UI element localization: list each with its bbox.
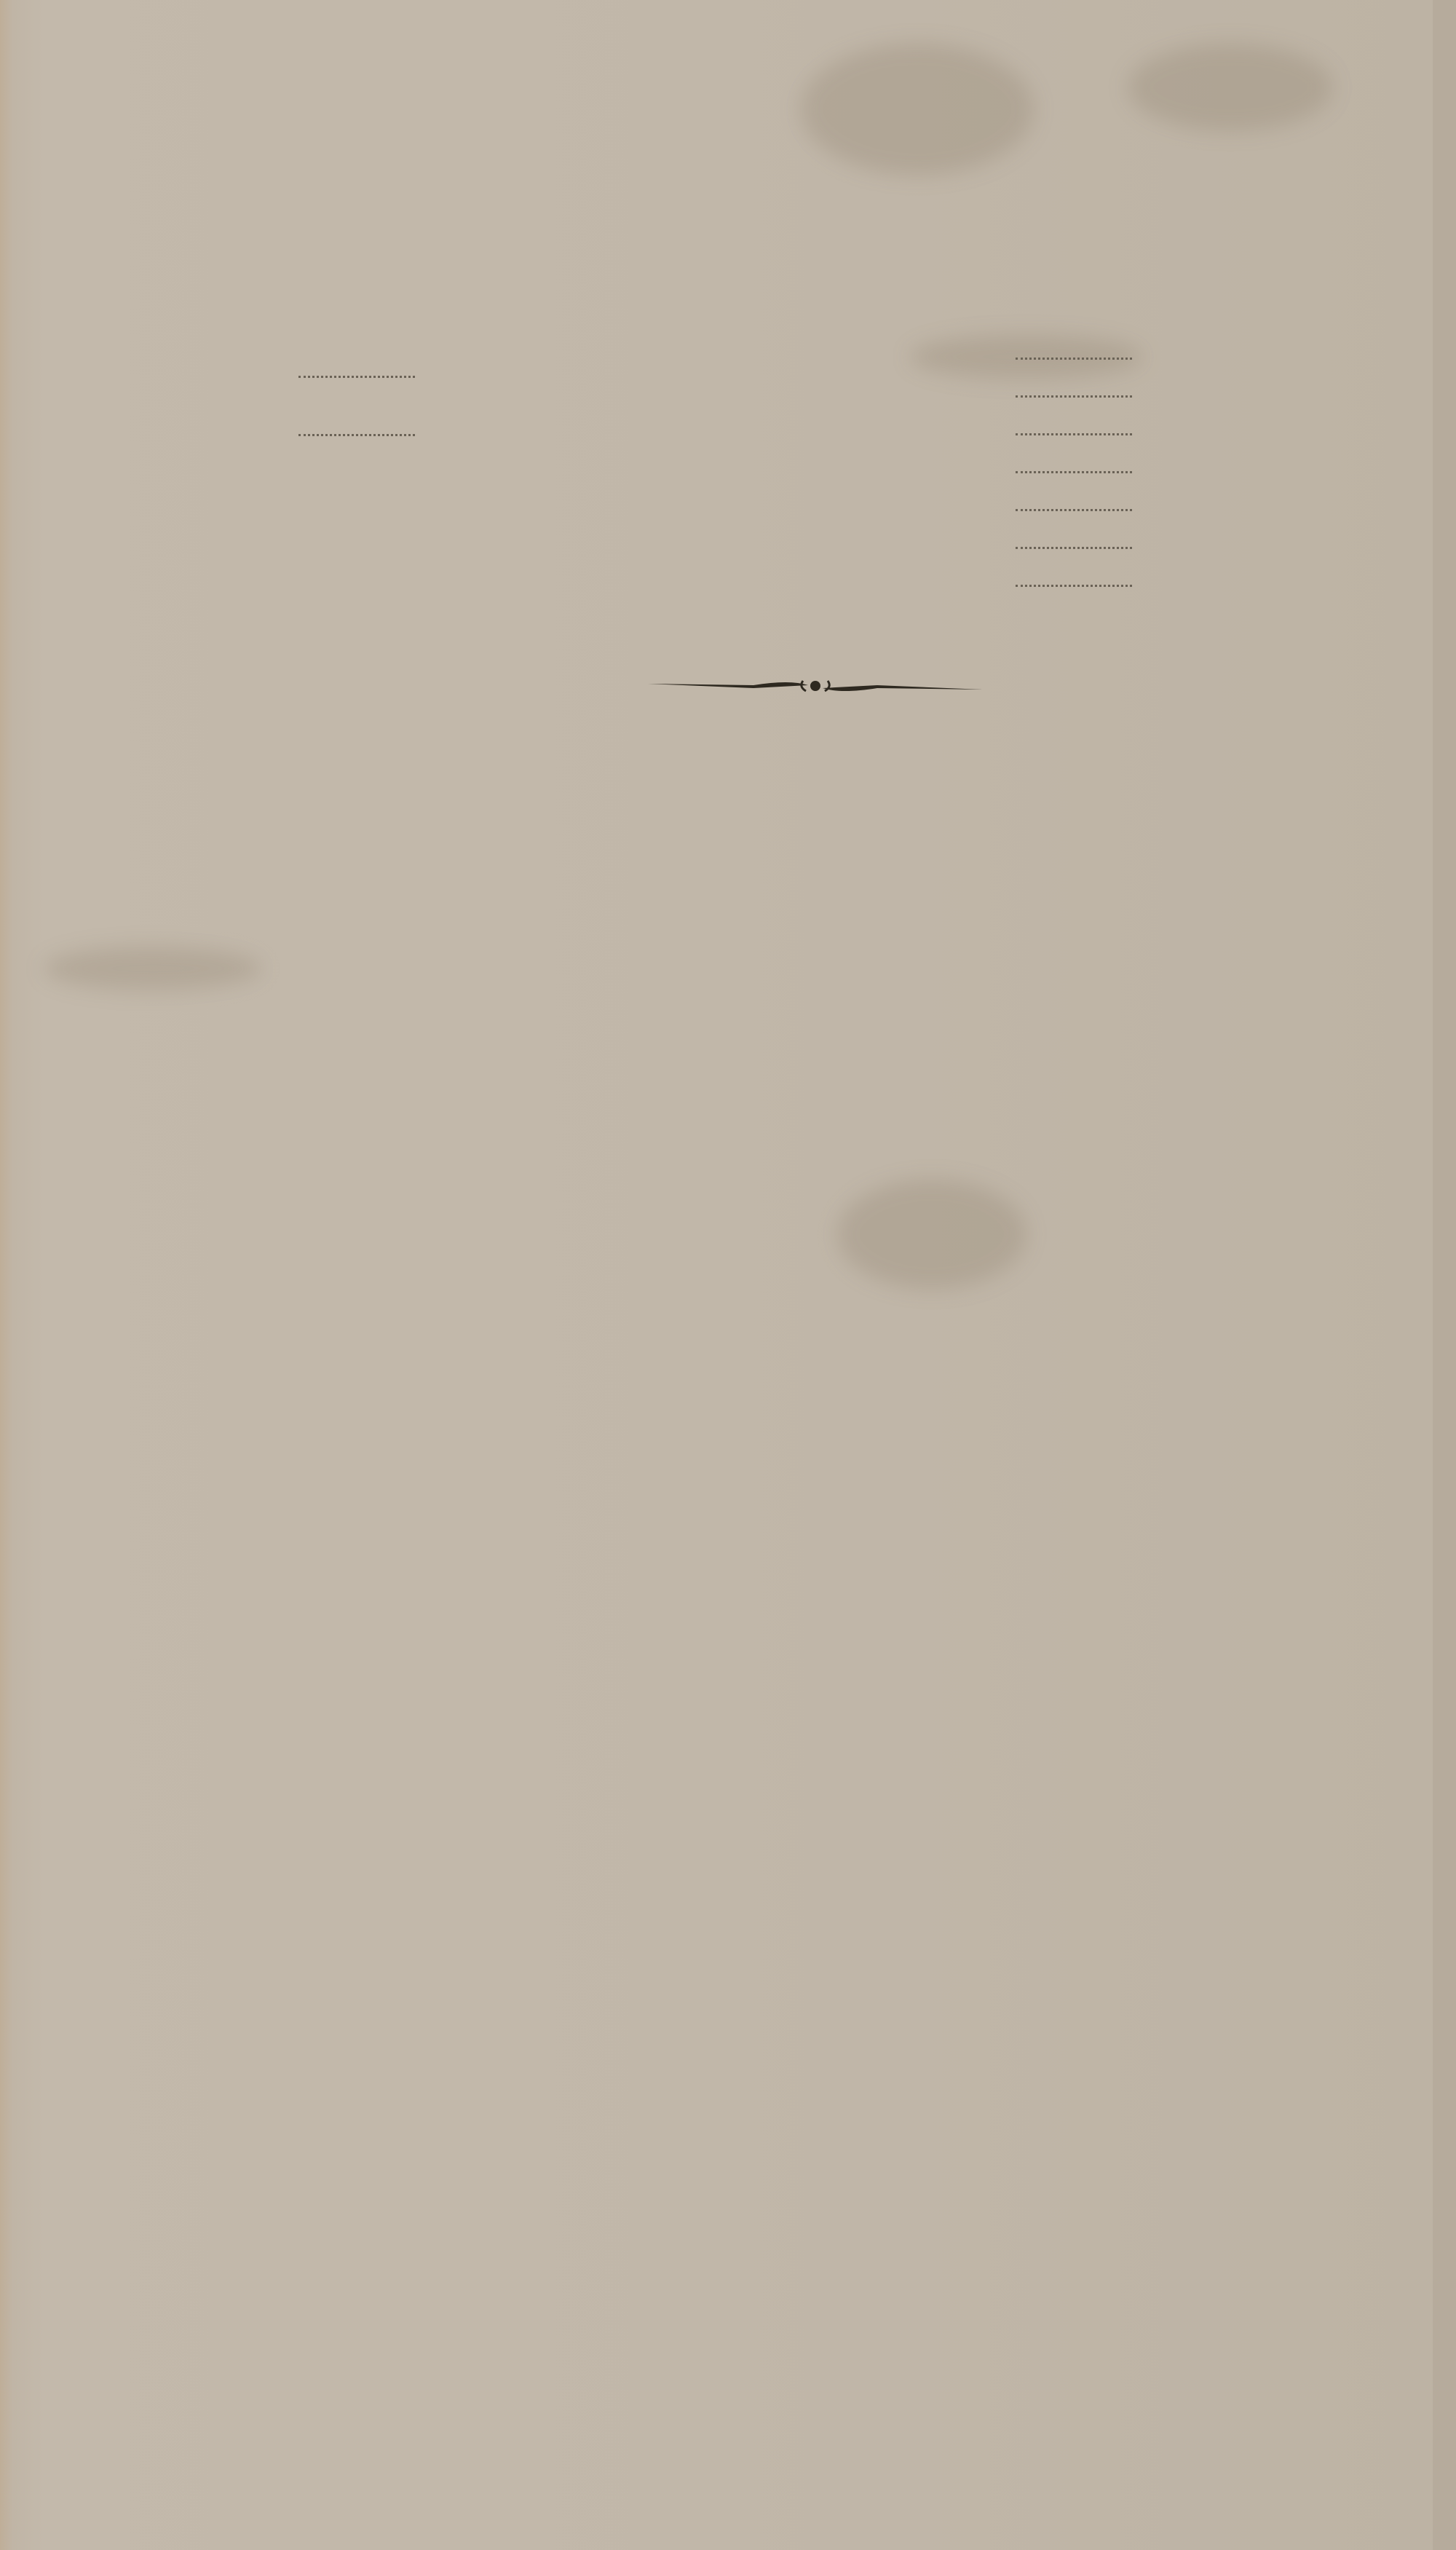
fill-in-field-apprentices[interactable] <box>298 434 415 436</box>
livestock-row-young-cattle <box>1016 456 1135 484</box>
ink-smudge <box>801 44 1034 175</box>
document-page <box>0 0 1433 2550</box>
livestock-row-pigs <box>1016 532 1135 560</box>
fill-in-field-sheep[interactable] <box>1016 509 1132 511</box>
fill-in-field-dogs[interactable] <box>1016 585 1132 587</box>
livestock-row-oxen <box>1016 380 1135 408</box>
fill-in-field-cows[interactable] <box>1016 433 1132 435</box>
ink-smudge <box>837 1180 1026 1289</box>
employment-row-apprentices <box>298 419 418 447</box>
livestock-row-sheep <box>1016 494 1135 522</box>
livestock-row-dogs <box>1016 569 1135 598</box>
ornamental-divider-icon <box>644 674 986 695</box>
ink-smudge <box>44 947 262 990</box>
ink-smudge <box>1128 44 1332 131</box>
fill-in-field-young-cattle[interactable] <box>1016 471 1132 473</box>
fill-in-field-horses[interactable] <box>1016 358 1132 360</box>
employment-row-assistants <box>298 360 418 389</box>
fill-in-field-oxen[interactable] <box>1016 395 1132 398</box>
fill-in-field-pigs[interactable] <box>1016 547 1132 549</box>
livestock-row-horses <box>1016 342 1135 371</box>
livestock-row-cows <box>1016 418 1135 446</box>
fill-in-field-assistants[interactable] <box>298 376 415 378</box>
